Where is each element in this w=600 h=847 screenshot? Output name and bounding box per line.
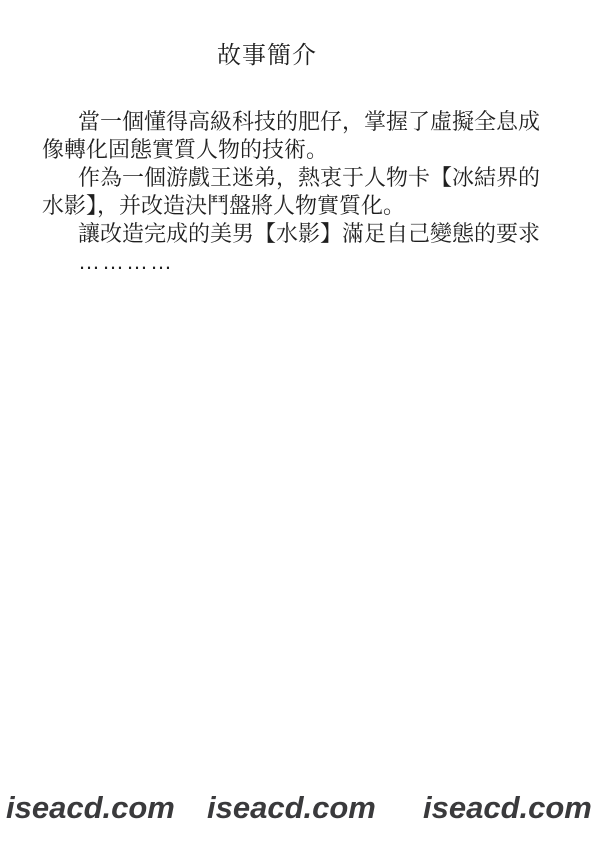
page: 故事簡介 當一個懂得高級科技的肥仔，掌握了虛擬全息成 像轉化固態實質人物的技術。… — [0, 0, 600, 847]
watermark-site-text: iseacd.com — [207, 790, 376, 826]
page-title: 故事簡介 — [0, 42, 534, 70]
story-line: 當一個懂得高級科技的肥仔，掌握了虛擬全息成 — [42, 108, 582, 136]
story-text: 當一個懂得高級科技的肥仔，掌握了虛擬全息成 像轉化固態實質人物的技術。 作為一個… — [42, 108, 582, 276]
watermark-site-text: iseacd.com — [6, 790, 175, 826]
story-line: 水影】，并改造決鬥盤將人物實質化。 — [42, 192, 582, 220]
watermark-site-text: iseacd.com — [423, 790, 592, 826]
story-line: 作為一個游戲王迷弟，熱衷于人物卡【冰結界的 — [42, 164, 582, 192]
story-line: 像轉化固態實質人物的技術。 — [42, 136, 582, 164]
story-ellipsis-line: ………… — [42, 248, 582, 276]
story-line: 讓改造完成的美男【水影】滿足自己變態的要求 — [42, 220, 582, 248]
watermark-row: iseacd.com iseacd.com iseacd.com — [0, 790, 600, 830]
